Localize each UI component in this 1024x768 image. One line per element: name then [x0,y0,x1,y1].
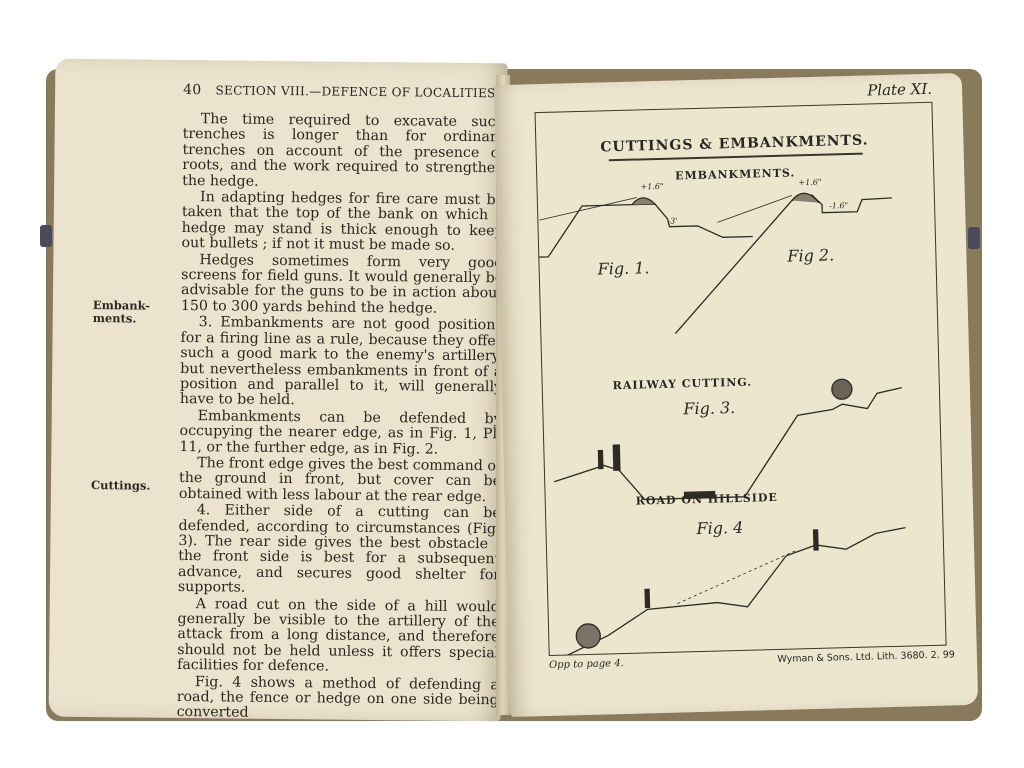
annotation: +1.6" [640,182,663,192]
margin-note-cuttings: Cuttings. [91,479,151,493]
paragraph: Hedges sometimes form very good screens … [181,253,504,318]
annotation: -1.6" [829,201,848,210]
paragraph: Fig. 4 shows a method of defending a roa… [177,675,499,725]
clasp-left [40,225,52,247]
paragraph: Embankments can be defended by occupying… [179,409,501,459]
cross-section-diagrams: +1.6" -3' +1.6" -1.6" [535,102,947,656]
paragraph: The front edge gives the best command of… [179,456,501,506]
clasp-right [968,227,980,249]
paragraph: 3. Embankments are not good positions fo… [180,315,503,411]
section-title: SECTION VIII.—DEFENCE OF LOCALITIES. [215,83,499,100]
page-number: 40 [183,82,202,98]
paragraph: In adapting hedges for fire care must be… [181,190,504,255]
right-page: Plate XI. CUTTINGS & EMBANKMENTS. EMBANK… [494,73,978,717]
footer-printer: Wyman & Sons. Ltd. Lith. 3680. 2. 99 [777,649,955,665]
open-book: 40SECTION VIII.—DEFENCE OF LOCALITIES. E… [40,55,980,725]
footer-opp-page: Opp to page 4. [549,658,624,671]
body-text: The time required to excavate such trenc… [177,112,505,725]
paragraph: A road cut on the side of a hill would g… [177,597,500,677]
annotation: -3' [667,216,677,225]
paragraph: 4. Either side of a cutting can be defen… [178,503,501,599]
paragraph: The time required to excavate such trenc… [182,112,505,192]
margin-note-embankments: Embank- ments. [93,299,150,326]
left-page: 40SECTION VIII.—DEFENCE OF LOCALITIES. E… [49,59,508,722]
plate-number: Plate XI. [867,80,932,100]
running-head: 40SECTION VIII.—DEFENCE OF LOCALITIES. [183,82,499,101]
annotation: +1.6" [798,178,821,188]
